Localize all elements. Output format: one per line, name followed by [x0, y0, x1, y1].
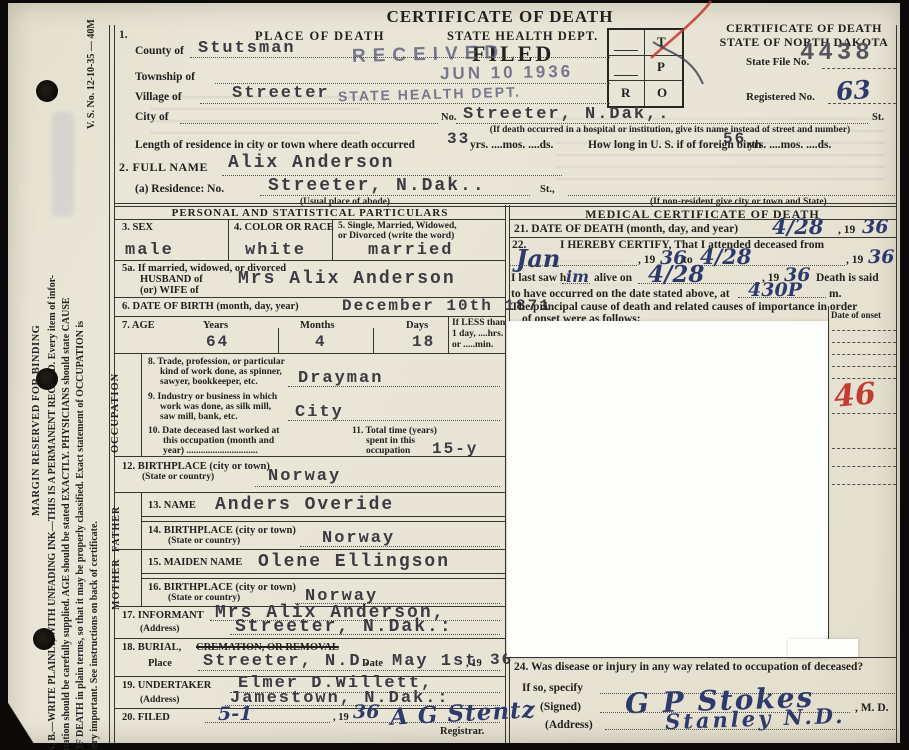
- us-length-years: 56: [723, 130, 746, 148]
- signed-label: (Signed): [540, 701, 581, 713]
- medical-bottom-rule: [505, 657, 896, 658]
- father-birthplace-subnote: (State or country): [168, 536, 240, 546]
- full-name-label: 2. FULL NAME: [119, 160, 208, 175]
- age-cell-divider: [373, 328, 374, 353]
- occupation-side-label: OCCUPATION: [110, 373, 121, 453]
- city-line2: [456, 123, 868, 124]
- sex-value: male: [125, 241, 174, 260]
- industry-label-2: work was done, as silk mill,: [160, 402, 271, 412]
- birthplace-value: Norway: [268, 467, 341, 486]
- age-months-value: 4: [315, 333, 327, 351]
- age-days-label: Days: [406, 320, 428, 331]
- onset-line: [832, 366, 896, 367]
- attended-to-19: , 19: [846, 254, 863, 266]
- physician-address-label: (Address): [545, 719, 593, 731]
- nd-title-line1: CERTIFICATE OF DEATH: [706, 21, 902, 36]
- father-row-rule: [141, 521, 505, 522]
- row-rule: [115, 353, 505, 354]
- birthplace-line: [255, 486, 500, 487]
- if-so-specify-label: If so, specify: [522, 682, 583, 694]
- date-of-death-value: 4/28: [772, 214, 824, 239]
- date-of-death-year: 36: [862, 216, 888, 238]
- race-value: white: [245, 241, 306, 260]
- scanned-death-certificate: V. S. No. 12-10-35 — 40M MARGIN RESERVED…: [0, 0, 909, 750]
- faint-margin-stamp: [52, 112, 74, 217]
- undertaker-label: 19. UNDERTAKER: [122, 680, 211, 691]
- last-saw-line: [638, 283, 760, 284]
- age-less-divider: [448, 316, 449, 353]
- punch-hole-middle: [36, 368, 58, 390]
- last-saw-text-1: I last saw h: [511, 272, 566, 284]
- row-rule: [115, 638, 505, 639]
- burial-label: 18. BURIAL,: [122, 642, 181, 653]
- attended-to-line: [697, 265, 845, 266]
- undertaker-address-label: (Address): [140, 695, 179, 705]
- item-1-number: 1.: [119, 29, 128, 41]
- mother-name-line: [141, 573, 505, 574]
- occupation-cell-divider: [141, 353, 142, 456]
- father-name-line: [141, 516, 505, 517]
- last-saw-him-line: [562, 283, 590, 284]
- burial-line: [198, 670, 500, 671]
- total-time-label-2: spent in this: [366, 436, 415, 446]
- birthplace-label: 12. BIRTHPLACE (city or town): [122, 461, 270, 472]
- city-label: City of: [135, 111, 169, 123]
- punch-hole-top: [36, 80, 58, 102]
- received-date-stamp: JUN 10 1936: [440, 62, 574, 84]
- village-value: Streeter: [232, 84, 330, 103]
- county-value: Stutsman: [198, 39, 296, 58]
- margin-note-line4: very important. See instructions on back…: [89, 521, 100, 750]
- onset-column-divider: [828, 306, 829, 658]
- row-rule: [115, 456, 505, 457]
- time-m-label: m.: [829, 288, 841, 300]
- residence-length-units: yrs. ....mos. ....ds.: [470, 139, 553, 151]
- less-than-label-1: If LESS than: [452, 318, 505, 328]
- binding-margin: V. S. No. 12-10-35 — 40M MARGIN RESERVED…: [0, 0, 115, 750]
- certify-text: I HEREBY CERTIFY, That I attended deceas…: [560, 239, 824, 251]
- industry-label-1: 9. Industry or business in which: [148, 392, 277, 402]
- dob-label: 6. DATE OF BIRTH (month, day, year): [122, 301, 299, 312]
- residence-st-label: St.,: [540, 184, 555, 195]
- residence-length-years: 33: [447, 130, 470, 148]
- principal-cause-text-1: The principal cause of death and related…: [511, 301, 857, 313]
- marital-label-1: 5. Single, Married, Widowed,: [338, 221, 457, 231]
- last-worked-label-1: 10. Date deceased last worked at: [148, 426, 279, 436]
- certificate-title: CERTIFICATE OF DEATH: [380, 7, 620, 27]
- margin-binding-note: MARGIN RESERVED FOR BINDING: [31, 325, 42, 516]
- registered-number: 63: [835, 75, 872, 106]
- residence-value: Streeter, N.Dak..: [268, 176, 486, 196]
- age-months-label: Months: [300, 320, 334, 331]
- question-24-text: 24. Was disease or injury in any way rel…: [514, 661, 863, 673]
- personal-header-rule: [115, 219, 505, 220]
- burial-date-value: May 1st: [392, 652, 477, 671]
- mother-row-rule: [141, 578, 505, 579]
- last-worked-label-3: year) ..............................: [163, 446, 258, 456]
- village-label: Village of: [135, 91, 182, 103]
- date-of-onset-label: Date of onset: [831, 310, 881, 320]
- margin-note-line3: OF DEATH in plain terms, so that it may …: [75, 321, 86, 750]
- registered-line: [828, 103, 896, 104]
- us-length-units: yrs. ....mos. ....ds.: [748, 139, 831, 151]
- state-file-number: 4438: [800, 40, 874, 67]
- full-name-value: Alix Anderson: [228, 153, 394, 173]
- trade-line: [288, 386, 500, 387]
- father-name-value: Anders Overide: [215, 495, 394, 515]
- registered-label: Registered No.: [746, 91, 815, 103]
- mother-name-label: 15. MAIDEN NAME: [148, 557, 242, 568]
- age-cell-divider: [278, 328, 279, 353]
- row-rule: [115, 260, 505, 261]
- trade-label-1: 8. Trade, profession, or particular: [148, 357, 285, 367]
- father-birthplace-line: [300, 546, 500, 547]
- onset-line: [832, 484, 896, 485]
- time-of-death-line: [738, 297, 826, 298]
- trade-label-3: sawyer, bookkeeper, etc.: [160, 377, 258, 387]
- section-rule-a: [115, 203, 896, 204]
- race-label: 4. COLOR OR RACE: [234, 222, 334, 233]
- occurred-text: to have occurred on the date stated abov…: [511, 288, 730, 300]
- onset-line: [832, 342, 896, 343]
- father-name-label: 13. NAME: [148, 500, 196, 511]
- less-than-label-3: or .....min.: [452, 340, 493, 350]
- husband-of-label: HUSBAND of: [140, 274, 203, 285]
- father-birthplace-label: 14. BIRTHPLACE (city or town): [148, 525, 296, 536]
- onset-line: [832, 466, 896, 467]
- marital-label-2: or Divorced (write the word): [338, 231, 454, 241]
- mother-side-label: MOTHER: [111, 558, 122, 610]
- registrar-label: Registrar.: [440, 726, 484, 737]
- medical-header-rule: [509, 219, 896, 220]
- burial-place-label: Place: [148, 658, 172, 669]
- death-is-said-text: Death is said: [816, 272, 879, 284]
- redaction-box: [507, 321, 828, 658]
- onset-line: [832, 330, 896, 331]
- onset-line: [832, 354, 896, 355]
- filed-line1: [205, 722, 330, 723]
- last-worked-label-2: this occupation (month and: [163, 436, 274, 446]
- village-line: [200, 103, 610, 104]
- burial-date-label: Date: [362, 658, 383, 669]
- residence-length-label: Length of residence in city or town wher…: [135, 139, 415, 151]
- filed-row-label: 20. FILED: [122, 712, 170, 723]
- attended-to-year: 36: [868, 246, 894, 268]
- sex-label: 3. SEX: [122, 222, 153, 233]
- birthplace-subnote: (State or country): [142, 472, 214, 482]
- hospital-note: (If death occurred in a hospital or inst…: [440, 125, 900, 135]
- margin-note-line1: N. B.—WRITE PLAINLY, WITH UNFADING INK—T…: [47, 275, 58, 750]
- township-label: Township of: [135, 71, 195, 83]
- informant-address-line: [230, 634, 500, 635]
- punch-hole-bottom: [33, 628, 55, 650]
- residence-line2: [568, 195, 895, 196]
- row-rule: [115, 316, 505, 317]
- attended-from-line: [509, 265, 637, 266]
- city-value: Streeter, N.Dak,.: [463, 105, 670, 124]
- burial-place-value: Streeter, N.D.: [203, 652, 374, 671]
- age-days-value: 18: [412, 333, 435, 351]
- trade-label-2: kind of work done, as spinner,: [160, 367, 282, 377]
- city-line1: [180, 123, 438, 124]
- row-rule: [115, 549, 505, 550]
- address-line: [605, 729, 895, 730]
- red-margin-note: 46: [833, 376, 878, 415]
- date-of-death-19: , 19: [838, 224, 855, 236]
- spouse-value: Mrs Alix Anderson: [238, 269, 456, 289]
- industry-label-3: saw mill, bank, etc.: [160, 412, 238, 422]
- county-label: County of: [135, 45, 184, 57]
- total-time-label-1: 11. Total time (years): [352, 426, 437, 436]
- age-years-value: 64: [206, 333, 229, 351]
- redaction-box-small: [788, 639, 858, 658]
- attended-from-value: Jan: [516, 244, 560, 273]
- red-pen-mark: [595, 0, 725, 110]
- onset-line: [832, 448, 896, 449]
- marital-value: married: [368, 241, 453, 260]
- county-line: [190, 57, 610, 58]
- informant-address-label: (Address): [140, 624, 179, 634]
- filed-year-value: 36: [353, 701, 379, 723]
- informant-label: 17. INFORMANT: [122, 610, 204, 621]
- total-time-label-3: occupation: [366, 446, 410, 456]
- mother-birthplace-label: 16. BIRTHPLACE (city or town): [148, 582, 296, 593]
- personal-section-title: PERSONAL AND STATISTICAL PARTICULARS: [115, 207, 505, 219]
- age-label: 7. AGE: [122, 320, 155, 331]
- state-file-line: [822, 68, 896, 69]
- residence-label: (a) Residence: No.: [135, 183, 224, 195]
- mother-birthplace-subnote: (State or country): [168, 593, 240, 603]
- torn-corner: [8, 702, 34, 743]
- industry-line: [288, 420, 500, 421]
- burial-19-label: , 19: [466, 658, 482, 669]
- less-than-label-2: 1 day, ....hrs.: [452, 329, 503, 339]
- date-of-death-label: 21. DATE OF DEATH (month, day, and year): [514, 223, 738, 235]
- last-saw-text-2: alive on: [594, 272, 632, 284]
- margin-vs-number: V. S. No. 12-10-35 — 40M: [86, 19, 97, 129]
- margin-note-line2: mation should be carefully supplied. AGE…: [61, 297, 72, 750]
- father-side-label: FATHER: [111, 506, 122, 552]
- city-st-label: St.: [872, 112, 884, 123]
- medical-row-rule: [509, 237, 896, 238]
- sex-race-divider: [228, 219, 229, 260]
- wife-of-label: (or) WIFE of: [140, 285, 199, 296]
- md-label: , M. D.: [855, 702, 889, 714]
- residence-line1: [260, 195, 530, 196]
- mother-name-value: Olene Ellingson: [258, 552, 450, 572]
- row-rule: [115, 492, 505, 493]
- age-years-label: Years: [203, 320, 228, 331]
- race-marital-divider: [332, 219, 333, 260]
- city-no-label: No.: [441, 112, 456, 123]
